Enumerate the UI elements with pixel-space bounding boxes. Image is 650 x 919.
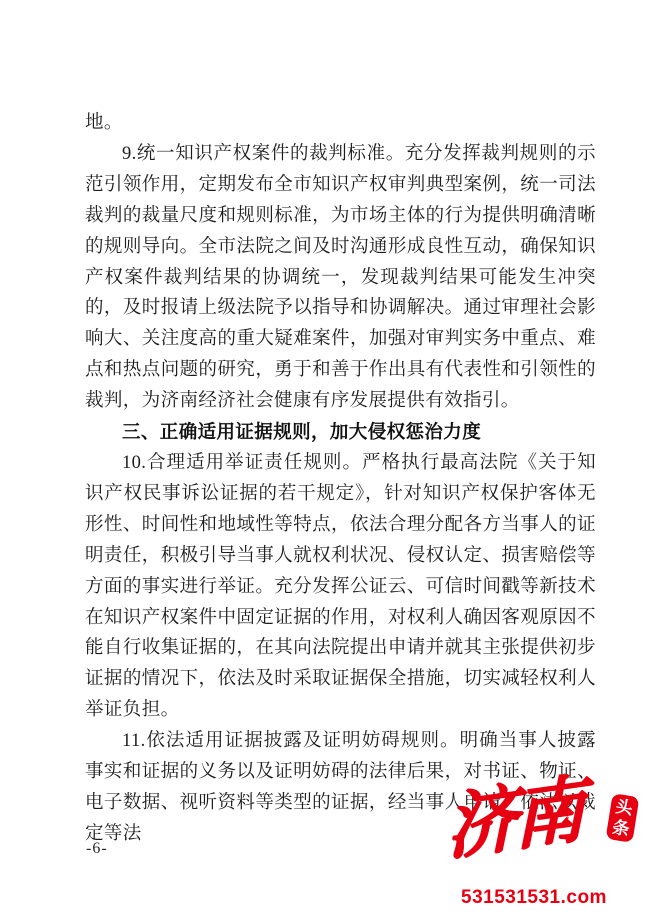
paragraph-continuation: 地。 [85,108,596,139]
document-page: 地。 9.统一知识产权案件的裁判标准。充分发挥裁判规则的示范引领作用，定期发布全… [0,0,650,919]
section-heading-3: 三、正确适用证据规则，加大侵权惩治力度 [85,417,596,448]
paragraph-item-9: 9.统一知识产权案件的裁判标准。充分发挥裁判规则的示范引领作用，定期发布全市知识… [85,139,596,417]
brand-watermark: 济南 头条 531531531.com [427,787,642,915]
brand-seal-icon: 头条 [606,793,640,843]
brand-name-calligraphy: 济南 [444,773,581,864]
page-number: -6- [86,840,108,858]
brand-seal-text: 头条 [610,796,635,840]
site-url-text: 531531531.com [461,887,607,909]
paragraph-item-10: 10.合理适用举证责任规则。严格执行最高法院《关于知识产权民事诉讼证据的若干规定… [85,448,596,726]
document-body: 地。 9.统一知识产权案件的裁判标准。充分发挥裁判规则的示范引领作用，定期发布全… [85,108,596,850]
